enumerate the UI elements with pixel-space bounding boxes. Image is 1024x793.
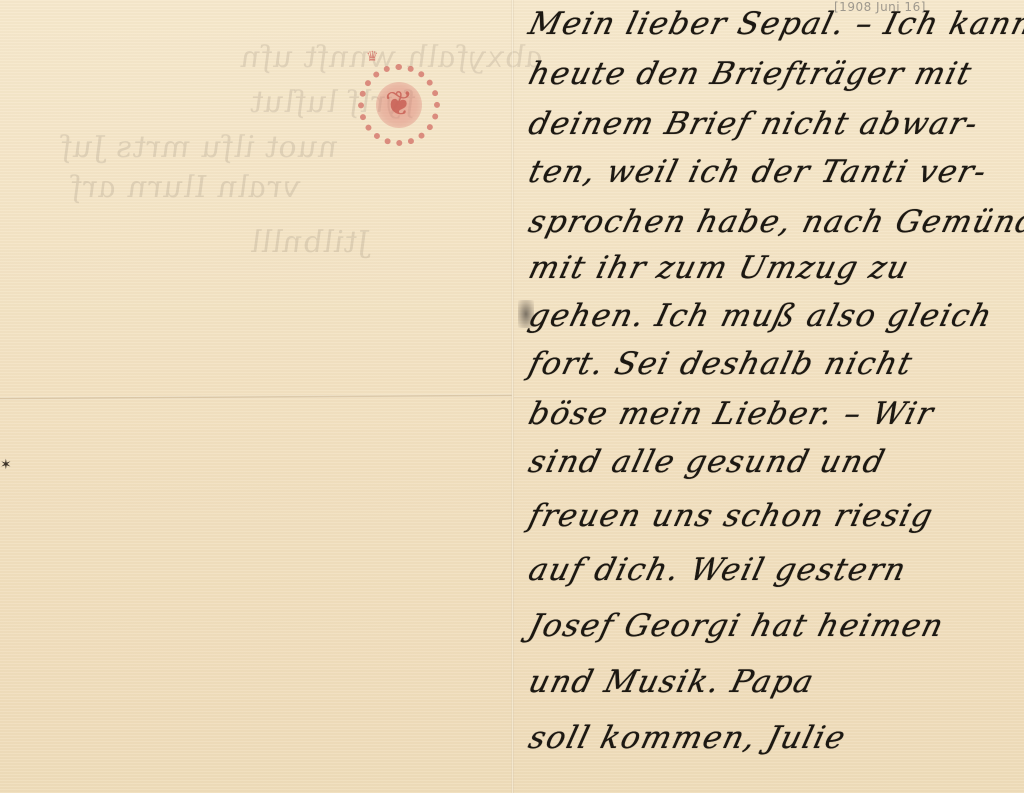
handwritten-line: Josef Georgi hat heimen <box>524 604 1024 648</box>
bleed-through-line: Jtilbnlll <box>244 225 375 260</box>
handwritten-line: und Musik. Papa <box>524 660 1024 704</box>
handwritten-line: ten, weil ich der Tanti ver- <box>524 150 1024 194</box>
bleed-through-line: vraln Ilurn arf <box>64 170 305 205</box>
crown-icon: ♛ <box>366 50 396 64</box>
handwritten-line: Mein lieber Sepal. – Ich kann <box>524 2 1024 46</box>
handwritten-line: fort. Sei deshalb nicht <box>524 342 1024 386</box>
handwritten-line: soll kommen, Julie <box>524 716 1024 760</box>
eagle-seal-stamp: ♛ ❦ <box>358 64 440 146</box>
handwritten-line: gehen. Ich muß also gleich <box>524 294 1024 338</box>
handwritten-line: mit ihr zum Umzug zu <box>524 246 1024 290</box>
handwritten-line: böse mein Lieber. – Wir <box>524 392 1024 436</box>
bleed-through-line: nuot ilfu mrts Juf <box>54 130 343 165</box>
handwritten-line: auf dich. Weil gestern <box>524 548 1024 592</box>
eagle-seal-icon: ❦ <box>358 84 440 124</box>
handwritten-line: sind alle gesund und <box>524 440 1024 484</box>
handwritten-line: deinem Brief nicht abwar- <box>524 102 1024 146</box>
handwritten-line: heute den Briefträger mit <box>524 52 1024 96</box>
handwritten-line: freuen uns schon riesig <box>524 494 1024 538</box>
ink-mark-icon: ✶ <box>0 458 10 472</box>
handwritten-line: sprochen habe, nach Gemünden <box>524 200 1024 244</box>
